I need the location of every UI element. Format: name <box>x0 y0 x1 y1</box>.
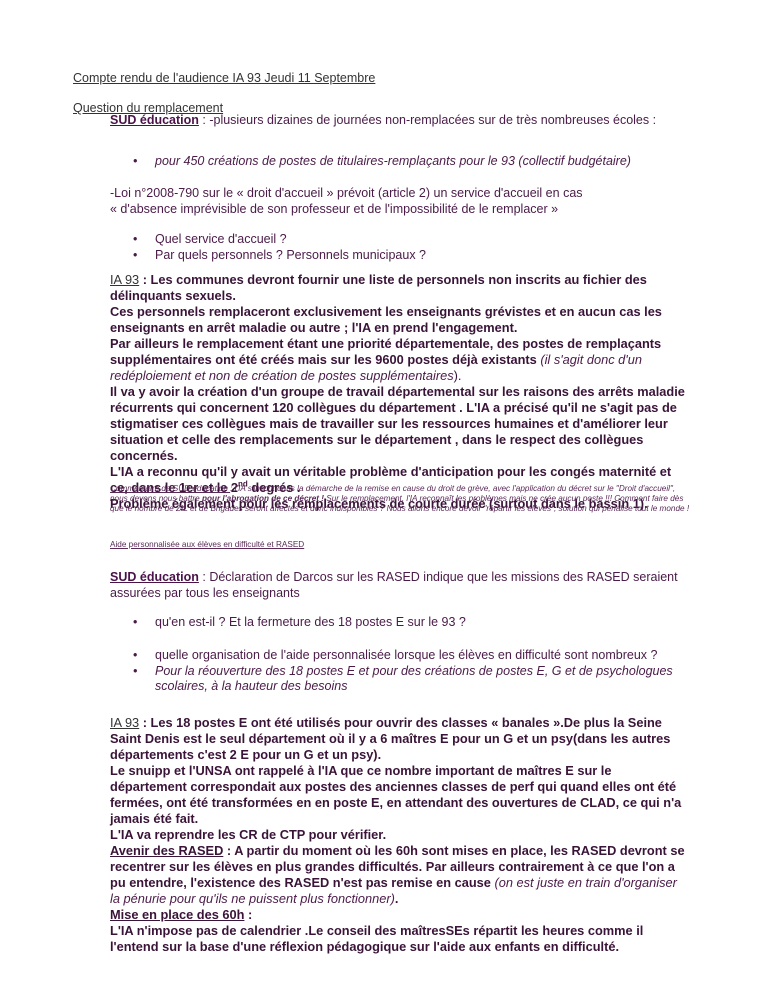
avenir-rased-label: Avenir des RASED <box>110 843 223 858</box>
rased-questions-list: qu'en est-il ? Et la fermeture des 18 po… <box>133 615 693 631</box>
list-item: quelle organisation de l'aide personnali… <box>133 648 693 664</box>
ia-paragraph: L'IA n'impose pas de calendrier .Le cons… <box>110 923 690 955</box>
list-item: Quel service d'accueil ? <box>133 232 693 248</box>
ia-response-remplacement: IA 93 : Les communes devront fournir une… <box>110 272 690 512</box>
mise-en-place-label: Mise en place des 60h <box>110 907 244 922</box>
list-item: qu'en est-il ? Et la fermeture des 18 po… <box>133 615 693 631</box>
commentary-emphasis: pour l'abrogation de ce décret ! <box>202 494 324 503</box>
sud-statement-text: : -plusieurs dizaines de journées non-re… <box>199 113 656 127</box>
list-item: Par quels personnels ? Personnels munici… <box>133 248 693 264</box>
rased-questions-list-2: quelle organisation de l'aide personnali… <box>133 648 693 695</box>
loi-paragraph: -Loi n°2008-790 sur le « droit d'accueil… <box>110 186 690 217</box>
document-page: Compte rendu de l'audience IA 93 Jeudi 1… <box>0 0 768 994</box>
sud-statement-remplacement: SUD éducation : -plusieurs dizaines de j… <box>110 113 690 129</box>
loi-line-1: -Loi n°2008-790 sur le « droit d'accueil… <box>110 186 690 202</box>
loi-line-2: « d'absence imprévisible de son professe… <box>110 202 690 218</box>
list-item: pour 450 créations de postes de titulair… <box>133 154 693 170</box>
ia-paragraph: L'IA va reprendre les CR de CTP pour vér… <box>110 827 690 843</box>
ia-paragraph: Ces personnels remplaceront exclusivemen… <box>110 304 690 336</box>
questions-list: Quel service d'accueil ? Par quels perso… <box>133 232 693 263</box>
document-title: Compte rendu de l'audience IA 93 Jeudi 1… <box>73 70 375 86</box>
sud-education-label: SUD éducation <box>110 570 199 584</box>
ia-response-rased: IA 93 : Les 18 postes E ont été utilisés… <box>110 715 690 955</box>
commentary-label: Commentaire de SUD éducation <box>110 484 230 493</box>
ia-paragraph: Il va y avoir la création d'un groupe de… <box>110 384 690 464</box>
sud-demand-list: pour 450 créations de postes de titulair… <box>133 154 693 170</box>
ia-93-label: IA 93 <box>110 272 139 287</box>
ia-paragraph: Le snuipp et l'UNSA ont rappelé à l'IA q… <box>110 763 690 827</box>
sud-statement-rased: SUD éducation : Déclaration de Darcos su… <box>110 570 690 601</box>
ia-93-label: IA 93 <box>110 715 139 730</box>
ia-paragraph: : Les communes devront fournir une liste… <box>110 272 647 303</box>
section-heading-rased: Aide personnalisée aux élèves en difficu… <box>110 537 304 553</box>
sud-commentary: Commentaire de SUD éducation : l'IA s'in… <box>110 484 695 514</box>
list-item: Pour la réouverture des 18 postes E et p… <box>133 664 693 695</box>
sud-education-label: SUD éducation <box>110 113 199 127</box>
